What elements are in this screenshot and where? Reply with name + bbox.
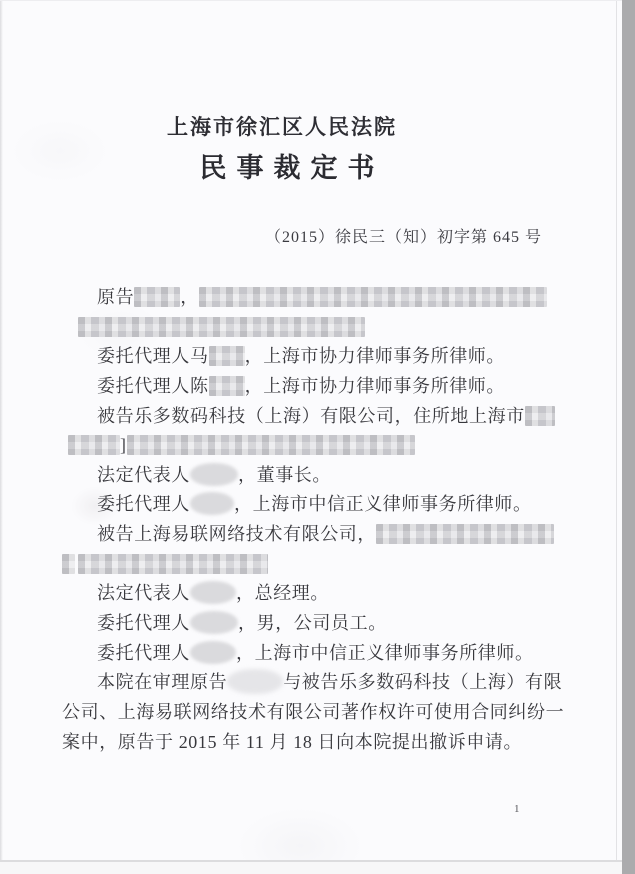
body-text: ，董事长。 (238, 465, 331, 485)
body-line: 公司、上海易联网络技术有限公司著作权许可使用合同纠纷一 (62, 698, 562, 728)
document-title: 民事裁定书 (32, 146, 532, 185)
body-line: 被告上海易联网络技术有限公司， (62, 520, 562, 550)
court-name: 上海市徐汇区人民法院 (32, 111, 532, 141)
body-line: 本院在审理原告与被告乐多数码科技（上海）有限 (62, 668, 562, 698)
body-text: 委托代理人马 (97, 346, 209, 366)
body-line: 委托代理人，男，公司员工。 (62, 609, 562, 639)
body-text: ，总经理。 (236, 583, 329, 603)
redaction-blob (190, 492, 234, 515)
body-text: 委托代理人 (97, 613, 190, 633)
page-right-edge (616, 1, 617, 874)
body-text: 本院在审理原告 (97, 672, 227, 692)
body-text: ，男，公司员工。 (238, 613, 387, 633)
body-line: 委托代理人马，上海市协力律师事务所律师。 (62, 342, 562, 372)
body-text: 案中，原告于 2015 年 11 月 18 日向本院提出撤诉申请。 (62, 732, 522, 752)
body-line (62, 550, 562, 580)
redaction-blob (190, 641, 236, 664)
redaction-blob (190, 463, 238, 486)
redaction-blob (190, 611, 238, 634)
redaction-mosaic (78, 317, 365, 337)
body-text: 与被告乐多数码科技（上海）有限 (283, 672, 562, 692)
body-text: 公司、上海易联网络技术有限公司著作权许可使用合同纠纷一 (62, 702, 564, 722)
body-line: ] (62, 431, 562, 461)
body-line: 委托代理人，上海市中信正义律师事务所律师。 (62, 490, 562, 520)
body-text: ， (180, 287, 199, 307)
body-text: 原告 (97, 287, 134, 307)
redaction-mosaic (376, 524, 554, 544)
redaction-mosaic (78, 554, 268, 574)
spacer (62, 332, 78, 333)
body-text: ，上海市中信正义律师事务所律师。 (234, 494, 532, 514)
body-text-fragment: ] (120, 435, 127, 455)
redaction-mosaic (134, 287, 180, 307)
body-text: 委托代理人 (97, 494, 190, 514)
body-text: 法定代表人 (97, 583, 190, 603)
body-text: ，上海市协力律师事务所律师。 (245, 376, 505, 396)
redaction-blob (227, 669, 283, 694)
body-line: 委托代理人，上海市中信正义律师事务所律师。 (62, 639, 562, 669)
body-line: 法定代表人，总经理。 (62, 579, 562, 609)
body-text: 委托代理人陈 (97, 376, 209, 396)
document-page: 上海市徐汇区人民法院 民事裁定书 （2015）徐民三（知）初字第 645 号 原… (0, 0, 622, 874)
page-number: 1 (514, 803, 520, 815)
redaction-mosaic (68, 435, 120, 455)
redaction-mosaic (209, 376, 245, 396)
body-text: ，上海市协力律师事务所律师。 (245, 346, 505, 366)
redaction-mosaic (199, 287, 547, 307)
body-line: 委托代理人陈，上海市协力律师事务所律师。 (62, 372, 562, 402)
body-text: ，上海市中信正义律师事务所律师。 (236, 643, 534, 663)
redaction-mosaic (62, 554, 75, 574)
redaction-mosaic (209, 346, 245, 366)
body-text: 委托代理人 (97, 643, 190, 663)
scan-bottom-margin (0, 862, 622, 874)
body-line: 被告乐多数码科技（上海）有限公司，住所地上海市 (62, 402, 562, 432)
document-body: 原告，委托代理人马，上海市协力律师事务所律师。委托代理人陈，上海市协力律师事务所… (62, 283, 562, 757)
redaction-mosaic (525, 406, 555, 426)
redaction-mosaic (127, 435, 415, 455)
scan-left-edge (0, 1, 3, 874)
redaction-blob (190, 581, 236, 604)
body-line: 法定代表人，董事长。 (62, 461, 562, 491)
body-line (62, 313, 562, 343)
body-line: 案中，原告于 2015 年 11 月 18 日向本院提出撤诉申请。 (62, 728, 562, 758)
body-text: 被告乐多数码科技（上海）有限公司，住所地上海市 (97, 406, 525, 426)
body-text: 被告上海易联网络技术有限公司， (97, 524, 376, 544)
body-text: 法定代表人 (97, 465, 190, 485)
body-line: 原告， (62, 283, 562, 313)
case-number: （2015）徐民三（知）初字第 645 号 (62, 224, 562, 247)
